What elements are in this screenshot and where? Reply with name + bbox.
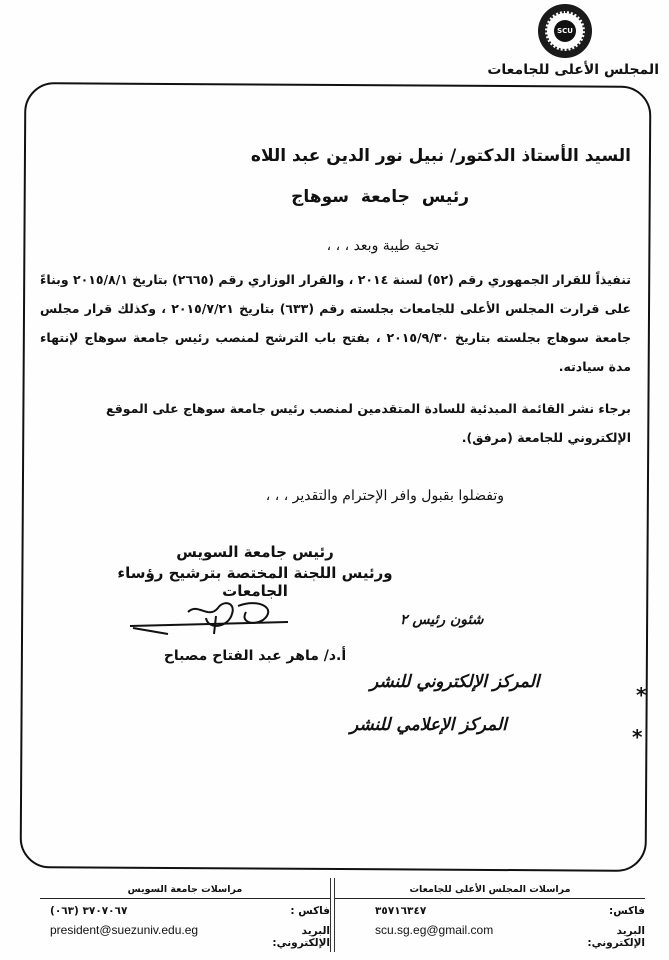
email-value: scu.sg.eg@gmail.com (335, 923, 575, 937)
footer-right-fax-row: فاكس: ٣٥٧١٦٣٤٧ (335, 905, 645, 917)
paragraph-2: برجاء نشر القائمة المبدئية للسادة المتقد… (40, 394, 631, 452)
fax-label: فاكس: (575, 905, 645, 917)
handwritten-note: شئون رئيس ٢ (400, 612, 483, 628)
fax-value: ٣٥٧١٦٣٤٧ (335, 905, 575, 917)
footer-supreme-council: مراسلات المجلس الأعلى للجامعات فاكس: ٣٥٧… (334, 878, 645, 952)
email-label: البريد الإلكتروني: (260, 925, 330, 949)
footer-left-fax-row: فاكس : (٠٦٣) ٣٧٠٧٠٦٧ (40, 905, 330, 917)
signatory-name: أ.د/ ماهر عبد الفتاح مصباح (90, 648, 420, 664)
email-value: president@suezuniv.edu.eg (40, 923, 260, 937)
addressee: السيد الأستاذ الدكتور/ نبيل نور الدين عب… (251, 146, 631, 166)
organization-name: المجلس الأعلى للجامعات (487, 62, 659, 78)
paragraph-1: تنفيذاً للقرار الجمهوري رقم (٥٢) لسنة ٢٠… (40, 265, 631, 381)
handwritten-item-2: المركز الإعلامي للنشر (350, 715, 507, 735)
scu-logo: SCU (538, 4, 592, 58)
fax-label: فاكس : (260, 905, 330, 917)
logo-ring: SCU (545, 11, 585, 51)
greeting: تحية طيبة وبعد ، ، ، (327, 238, 439, 254)
logo-text: SCU (554, 20, 576, 42)
handwritten-item-1: المركز الإلكتروني للنشر (370, 672, 540, 692)
closing: وتفضلوا بقبول وافر الإحترام والتقدير ، ،… (266, 488, 504, 504)
footer-right-email-row: البريد الإلكتروني: scu.sg.eg@gmail.com (335, 923, 645, 949)
footer-left-heading: مراسلات جامعة السويس (40, 878, 330, 899)
fax-value: (٠٦٣) ٣٧٠٧٠٦٧ (40, 905, 260, 917)
signatory-title-2: ورئيس اللجنة المختصة بترشيح رؤساء الجامع… (90, 564, 420, 600)
letter-page: SCU المجلس الأعلى للجامعات السيد الأستاذ… (0, 0, 669, 960)
bullet-star-1: * (636, 683, 646, 707)
footer-right-heading: مراسلات المجلس الأعلى للجامعات (335, 878, 645, 899)
email-label: البريد الإلكتروني: (575, 925, 645, 949)
footer-suez-university: مراسلات جامعة السويس فاكس : (٠٦٣) ٣٧٠٧٠٦… (40, 878, 331, 952)
signatory-title-1: رئيس جامعة السويس (90, 543, 420, 561)
addressee-title: رئيس جامعة سوهاج (291, 187, 469, 207)
handwritten-signature (128, 598, 293, 636)
footer-left-email-row: البريد الإلكتروني: president@suezuniv.ed… (40, 923, 330, 949)
bullet-star-2: * (632, 725, 642, 749)
